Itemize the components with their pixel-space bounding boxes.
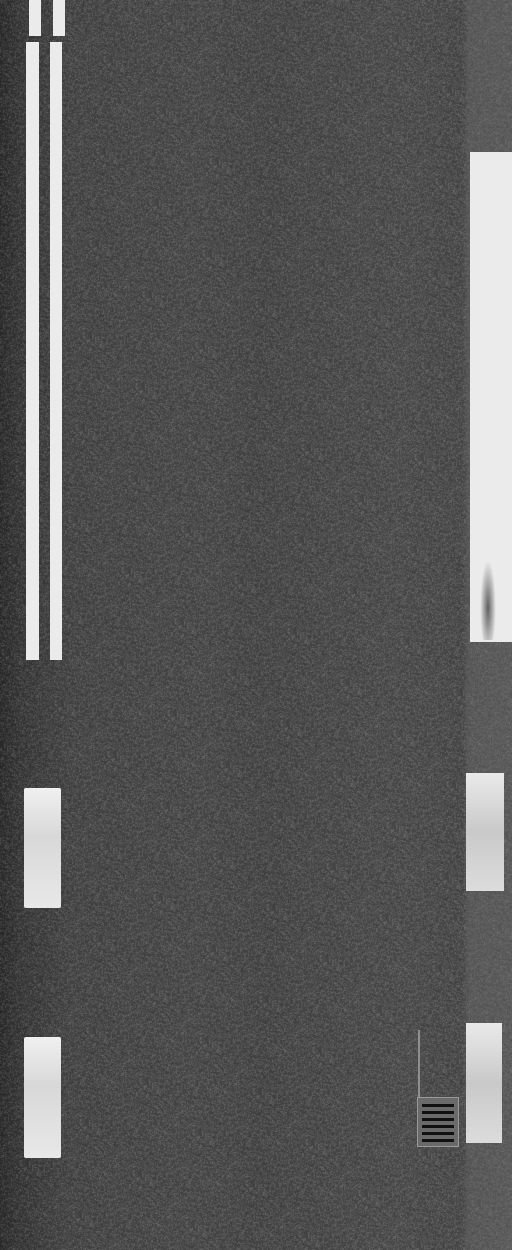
dashed-line-left-2 <box>24 1037 61 1158</box>
double-line-left-b <box>50 42 62 660</box>
dashed-line-left-1 <box>24 788 61 908</box>
dashed-line-right-1 <box>466 773 504 891</box>
dashed-line-right-2 <box>466 1023 502 1143</box>
double-line-left-b-top <box>53 0 65 36</box>
double-line-left-a <box>26 42 39 660</box>
double-line-left-a-top <box>29 0 41 36</box>
asphalt-texture <box>0 0 512 1250</box>
paint-wear <box>480 560 496 640</box>
storm-drain-grate <box>417 1097 459 1147</box>
road-surface <box>0 0 512 1250</box>
